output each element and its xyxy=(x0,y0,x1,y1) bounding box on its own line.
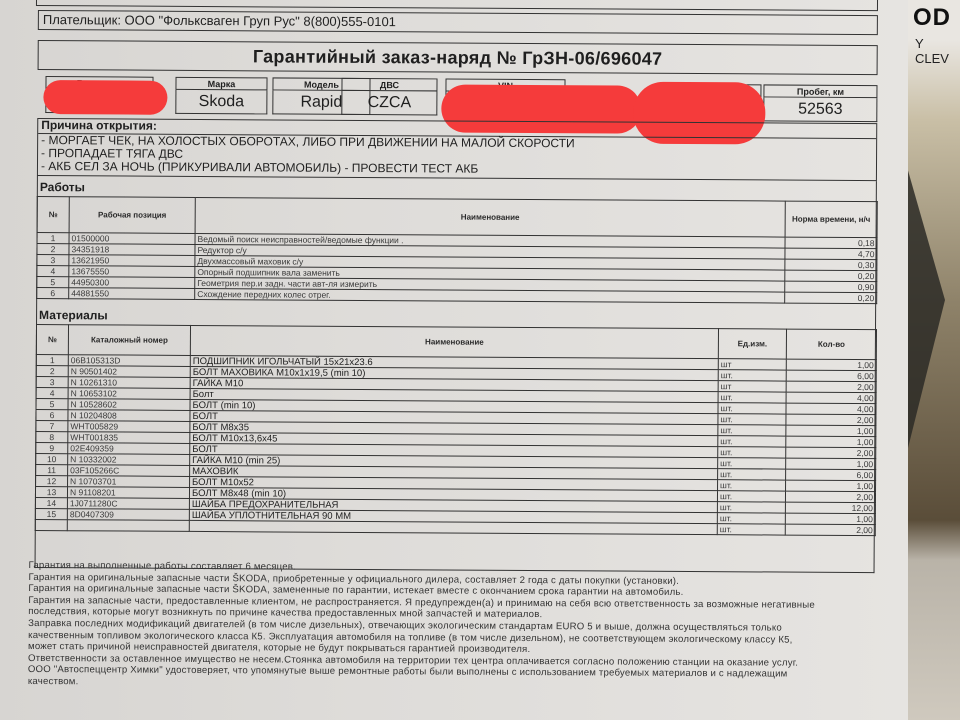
document-title: Гарантийный заказ-наряд № ГрЗН-06/696047 xyxy=(38,40,878,75)
row-number: 10 xyxy=(36,453,68,464)
norm-hours: 0,30 xyxy=(785,259,877,271)
vehicle-field: МаркаSkoda xyxy=(175,77,267,116)
car-shape xyxy=(905,160,945,460)
row-number: 1 xyxy=(37,232,69,243)
unit: шт xyxy=(718,381,786,392)
background-photo: OD Y CLEV xyxy=(905,0,960,720)
unit: шт. xyxy=(718,425,786,436)
vehicle-field: Пробег, км52563 xyxy=(763,84,877,123)
catalog-number: 03F105266C xyxy=(68,465,190,477)
catalog-number xyxy=(67,520,189,532)
unit: шт. xyxy=(717,524,785,535)
slogan-text: Y CLEV xyxy=(915,36,960,66)
materials-table: № Каталожный номер Наименование Ед.изм. … xyxy=(35,324,877,536)
catalog-number: N 10261310 xyxy=(68,377,190,389)
norm-hours: 4,70 xyxy=(785,248,877,260)
row-number: 2 xyxy=(36,365,68,376)
unit: шт. xyxy=(718,469,786,480)
quantity: 2,00 xyxy=(786,447,876,459)
unit: шт. xyxy=(717,513,785,524)
row-number: 6 xyxy=(37,287,69,298)
catalog-number: N 10332002 xyxy=(68,454,190,466)
col-work-name: Наименование xyxy=(195,197,785,237)
catalog-number: N 10204808 xyxy=(68,410,190,422)
quantity: 1,00 xyxy=(786,436,876,448)
catalog-number: N 10653102 xyxy=(68,388,190,400)
vehicle-field-value: Skoda xyxy=(175,90,267,115)
col-material-name: Наименование xyxy=(190,325,718,358)
quantity: 4,00 xyxy=(786,392,876,404)
warranty-notes: Гарантия на выполненные работы составляе… xyxy=(28,560,879,693)
col-unit: Ед.изм. xyxy=(718,329,786,359)
catalog-number: 1J0711280C xyxy=(67,498,189,510)
unit: шт. xyxy=(718,403,786,414)
vehicle-field: ДВСCZCA xyxy=(341,78,437,117)
quantity: 12,00 xyxy=(785,502,875,514)
norm-hours: 0,18 xyxy=(785,237,877,249)
col-work-code: Рабочая позиция xyxy=(69,197,195,234)
quantity: 2,00 xyxy=(785,524,875,536)
row-number: 7 xyxy=(36,420,68,431)
unit: шт. xyxy=(718,392,786,403)
reason-section: Причина открытия: - МОРГАЕТ ЧЕК, НА ХОЛО… xyxy=(37,118,877,181)
row-number: 9 xyxy=(36,442,68,453)
quantity: 1,00 xyxy=(786,359,876,371)
unit: шт. xyxy=(718,480,786,491)
norm-hours: 0,20 xyxy=(785,292,877,304)
catalog-number: 8D0407309 xyxy=(67,509,189,521)
warranty-order-document: Плательщик: ООО "Фольксваген Груп Рус" 8… xyxy=(0,0,908,720)
col-number: № xyxy=(36,324,68,354)
norm-hours: 0,90 xyxy=(785,281,877,293)
work-code: 01500000 xyxy=(69,233,195,245)
works-table: № Рабочая позиция Наименование Норма вре… xyxy=(36,196,878,304)
quantity: 6,00 xyxy=(786,370,876,382)
unit: шт. xyxy=(718,458,786,469)
unit: шт xyxy=(718,359,786,370)
catalog-number: N 10703701 xyxy=(68,476,190,488)
quantity: 2,00 xyxy=(786,414,876,426)
catalog-number: WHT005829 xyxy=(68,421,190,433)
quantity: 1,00 xyxy=(786,425,876,437)
vehicle-field-label: ДВС xyxy=(341,78,437,92)
catalog-number: N 10528602 xyxy=(68,399,190,411)
quantity: 6,00 xyxy=(786,469,876,481)
work-code: 44881550 xyxy=(69,288,195,300)
row-number: 5 xyxy=(36,398,68,409)
quantity: 1,00 xyxy=(786,458,876,470)
quantity: 1,00 xyxy=(786,480,876,492)
row-number: 1 xyxy=(36,354,68,365)
unit: шт. xyxy=(718,370,786,381)
unit: шт. xyxy=(718,447,786,458)
vehicle-field-value: CZCA xyxy=(341,91,437,116)
row-number: 4 xyxy=(37,265,69,276)
row-number: 6 xyxy=(36,409,68,420)
row-number: 2 xyxy=(37,243,69,254)
norm-hours: 0,20 xyxy=(785,270,877,282)
quantity: 2,00 xyxy=(785,491,875,503)
work-code: 44950300 xyxy=(69,277,195,289)
vehicle-field-label: Пробег, км xyxy=(763,84,877,98)
row-number: 5 xyxy=(37,276,69,287)
top-cut-row xyxy=(36,0,878,11)
vehicle-field-value: 52563 xyxy=(763,97,877,122)
materials-title: Материалы xyxy=(39,308,108,322)
col-number: № xyxy=(37,196,69,232)
quantity: 1,00 xyxy=(785,513,875,525)
redaction-mark xyxy=(43,80,167,115)
payer-line: Плательщик: ООО "Фольксваген Груп Рус" 8… xyxy=(38,10,878,35)
col-norm-hours: Норма времени, н/ч xyxy=(785,201,877,238)
work-code: 34351918 xyxy=(69,244,195,256)
work-code: 13621950 xyxy=(69,255,195,267)
quantity: 4,00 xyxy=(786,403,876,415)
catalog-number: 02E409359 xyxy=(68,443,190,455)
row-number: 15 xyxy=(35,508,67,519)
row-number: 8 xyxy=(36,431,68,442)
row-number: 4 xyxy=(36,387,68,398)
row-number: 3 xyxy=(37,254,69,265)
unit: шт. xyxy=(717,491,785,502)
catalog-number: WHT001835 xyxy=(68,432,190,444)
catalog-number: 06B105313D xyxy=(68,355,190,367)
catalog-number: N 90501402 xyxy=(68,366,190,378)
vehicle-field-label: Марка xyxy=(175,77,267,91)
unit: шт. xyxy=(718,414,786,425)
quantity: 2,00 xyxy=(786,381,876,393)
row-number: 13 xyxy=(35,486,67,497)
col-catalog-number: Каталожный номер xyxy=(68,325,190,356)
row-number: 14 xyxy=(35,497,67,508)
catalog-number: N 91108201 xyxy=(67,487,189,499)
unit: шт. xyxy=(717,502,785,513)
work-code: 13675550 xyxy=(69,266,195,278)
row-number: 3 xyxy=(36,376,68,387)
brand-text: OD xyxy=(913,4,951,32)
row-number: 11 xyxy=(36,464,68,475)
unit: шт. xyxy=(718,436,786,447)
row-number xyxy=(35,519,67,530)
row-number: 12 xyxy=(36,475,68,486)
works-title: Работы xyxy=(40,180,85,194)
col-quantity: Кол-во xyxy=(786,329,876,360)
